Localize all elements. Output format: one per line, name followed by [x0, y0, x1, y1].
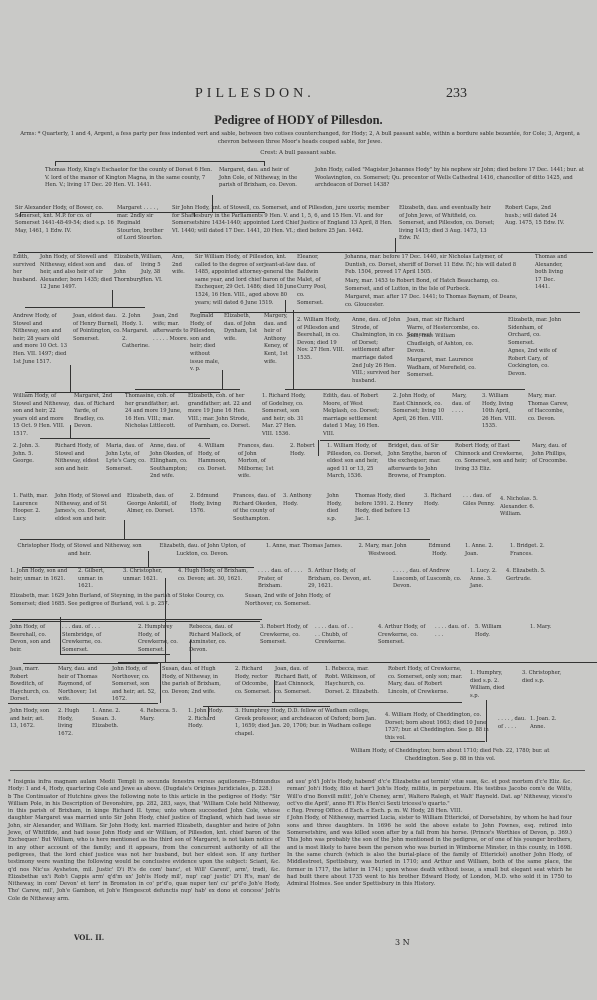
person-thomasine: Thomasine, coh. of her grandfather; æt. … [125, 393, 185, 431]
person-susan-hugh-hody: Susan, dau. of Hugh Hody, of Nitheway, i… [162, 666, 227, 696]
person-anne-okeden: Anne, dau. of John Okeden, of Ellingham,… [150, 443, 195, 481]
person-edith-moore: Edith, dau. of Robert Moore, of West Mel… [323, 393, 381, 439]
footnotes-left-column: * Insignia infra magnam aulam Medii Temp… [8, 779, 280, 903]
person-arthur-hody-crewkerne: 4. Arthur Hody, of Crewkerne, co. Somers… [378, 624, 428, 647]
person-john-hody-northover: John Hody, of Northover, co. Somerset, s… [112, 666, 157, 704]
person-faith-lucy: 1. Faith, mar. Laurence Hooper. 2. Lucy. [13, 493, 48, 523]
person-sir-william-hody: Sir William Hody, of Pillesdon, knt. cal… [195, 254, 297, 307]
person-thomas-alexander: Thomas and Alexander, both living 17 Dec… [535, 254, 567, 292]
person-elizabeth-thornbury: Elizabeth, dau. of John Thornbury. [114, 254, 140, 284]
person-margery-keney: Margery, dau. and heir of Anthony Keney,… [264, 313, 294, 366]
person-lucy-anne-jane: 1. Lucy. 2. Anne. 3. Jane. [470, 568, 500, 591]
person-bridget-smythe: Bridget, dau. of Sir John Smythe, baron … [388, 443, 448, 481]
person-mary-westwood: 2. Mary, mar. John Westwood. [345, 543, 420, 558]
person-thomas-henry-hody: Thomas Hody, died before 1591. 2. Henry … [355, 493, 417, 523]
arms-description: Arms: * Quarterly, 1 and 4, Argent, a fe… [20, 131, 580, 146]
person-rebecca-mary: 4. Rebecca. 5. Mary. [140, 708, 180, 723]
person-sir-alexander-hody: Sir Alexander Hody, of Bower, co. Somers… [15, 205, 115, 235]
person-john-hody-1672: John Hody, son and heir; æt. 13, 1672. [10, 708, 52, 731]
person-anne-joan: 1. Anne. 2. Joan. [465, 543, 495, 558]
person-john-margaret-catherine: 2. John Hody. 1. Margaret. 2. Catherine. [122, 313, 150, 351]
person-william-hody-5: 5. William Hody. [475, 624, 513, 639]
person-william-hody-living-1535: 3. William Hody, living 10th April, 26 H… [482, 393, 518, 431]
person-robert-hody-3: 3. Robert Hody, of Crewkerne, co. Somers… [260, 624, 310, 647]
person-frances-morton: Frances, dau. of John Morton, of Milborn… [238, 443, 278, 481]
person-john-richard-hody: 1. John Hody. 2. Richard Hody. [188, 708, 226, 731]
person-ann-2nd-wife: Ann, 2nd wife. [172, 254, 190, 277]
person-john-hody-stowell: John Hody, of Stowell and Nitheway, elde… [40, 254, 112, 292]
person-margaret-baynam: Margaret, mar. after 17 Dec. 1441; to Th… [345, 294, 523, 309]
person-mary-raymond: Mary, dau. and heir of Thomas Raymond, o… [58, 666, 106, 704]
person-hugh-hody-1672: 2. Hugh Hody, living 1672. [58, 708, 88, 738]
person-christopher-3: 3. Christopher, unmar. 1621. [123, 568, 168, 583]
person-christopher-hody: Christopher Hody, of Stowel and Nitheway… [12, 543, 147, 558]
person-edith: Edith, survived her husband. [13, 254, 37, 284]
person-rebecca-mallock: Rebecca, dau. of Richard Mallock, of Axm… [189, 624, 241, 654]
person-mary-bond: Mary, mar. 1453 to Robert Bond, of Hatch… [345, 278, 523, 293]
person-nicholas-alexander-william: 4. Nicholas. 5. Alexander. 6. William. [500, 496, 555, 519]
person-elizabeth-anketill: Elizabeth, dau. of George Anketill, of A… [127, 493, 185, 516]
person-mary-1: 1. Mary. [530, 624, 560, 632]
person-mary-phillips: Mary, dau. of John Phillips, of Crocombe… [532, 443, 570, 466]
person-anne-strode: Anne, dau. of John Strode, of Chalmingto… [352, 317, 404, 385]
person-john-john-george: 2. John. 3. John. 5. George. [13, 443, 48, 466]
person-joan-chudleigh: Joan, mar. William Chudleigh, of Ashton,… [407, 333, 482, 356]
person-richard-hody-3: 3. Richard Hody. [424, 493, 462, 508]
person-margaret-wadham: Margaret, mar. Laurence Wadham, of Meref… [407, 357, 482, 380]
person-john-hody-beerehall: John Hody, of Beerehall, co. Devon, son … [10, 624, 58, 654]
footnotes-right-column: ad usu' p'd'i Joh'is Hody, habend' d'c'e… [287, 779, 572, 888]
page-number: 233 [446, 86, 467, 102]
person-rebecca-wilkinson: 1. Rebecca, mar. Robt. Wilkinson, of Hay… [325, 666, 380, 696]
person-edmund-hody-2: Edmund Hody. [422, 543, 457, 558]
footnote-divider [10, 770, 585, 771]
person-robert-hody-crewkerne: Robert Hody, of Crewkerne, co. Somerset,… [388, 666, 463, 696]
person-gilbert: 2. Gilbert, unmar. in 1621. [78, 568, 118, 591]
person-dau-giles-penny: . . . dau. of Giles Penny. [463, 493, 498, 508]
person-elizabeth-upton: Elizabeth, dau. of John Upton, of Luckto… [150, 543, 255, 558]
pedigree-title: Pedigree of HODY of Pillesdon. [0, 113, 597, 128]
person-dau-of-2: . . . . , dau. of . . . . [498, 716, 528, 731]
person-andrew-hody: Andrew Hody, of Stowel and Nitheway, son… [13, 313, 70, 366]
person-christopher-sp: 3. Christopher, died s.p. [522, 670, 562, 685]
person-maria-lyte: Maria, dau. of John Lyte, of Lyte's Cary… [106, 443, 146, 473]
person-frances-okeden: Frances, dau. of Richard Okeden, of the … [233, 493, 278, 523]
person-joan-moore: Joan, 2nd wife; mar. afterwards to . . .… [153, 313, 189, 343]
person-susan-northover: Susan, 2nd wife of John Hody, of Northov… [245, 593, 355, 608]
person-richard-hody-stowel: Richard Hody, of Stowel and Nitheway, el… [55, 443, 100, 473]
person-richard-hody-godelney: 1. Richard Hody, of Godelney, co. Somers… [262, 393, 307, 439]
person-joan-anne: 1. Joan. 2. Anne. [530, 716, 565, 731]
person-edmund-hody: 2. Edmund Hody, living 1576. [190, 493, 227, 516]
person-arthur-hody-brixham: 5. Arthur Hody, of Brixham, co. Devon, æ… [308, 568, 380, 591]
person-john-hody-1621: 1. John Hody, son and heir; unmar. in 16… [10, 568, 70, 583]
person-hugh-hody: 4. Hugh Hody, of Brixham, co. Devon; æt.… [178, 568, 254, 583]
person-dau-of: . . . . dau. of . . . . [435, 624, 470, 639]
person-elizabeth-strode: Elizabeth, coh. of her grandfather; æt. … [188, 393, 253, 431]
printer-signature: 3 N [395, 938, 410, 947]
person-anne-james: 1. Anne, mar. Thomas James. [265, 543, 343, 551]
crest-description: Crest: A bull passant sable. [0, 150, 597, 156]
person-john-hody-east-chinnock: 2. John Hody, of East Chinnock, co. Some… [393, 393, 445, 423]
person-dau-luscomb: . . . . , dau. of Andrew Luscomb, of Lus… [393, 568, 463, 591]
person-reginald-hody: Reginald Hody, of Pillesdon, son and hei… [190, 313, 220, 374]
person-robert-capps: Robert Caps, 2nd husb.; will dated 24 Au… [505, 205, 565, 228]
person-mary-dau-of: Mary, dau. of . . . . [452, 393, 472, 416]
person-anthony-hody: 3. Anthony Hody. [283, 493, 313, 508]
person-sir-john-hody: Sir John Hody, knt. of Stowell, co. Some… [172, 205, 397, 235]
person-elizabeth-jewe: Elizabeth, dau. and eventually heir of J… [399, 205, 497, 243]
person-humphrey-hody: 2. Humphrey Hody, of Crewkerne, co. Some… [138, 624, 183, 654]
person-joan-batt: Joan, dau. of Richard Batt, of East Chin… [275, 666, 320, 696]
person-william-hody-pillesdon: 1. William Hody, of Pillesdon, co. Dorse… [327, 443, 385, 481]
person-richard-hody-rector: 2. Richard Hody, rector of Odcombe, co. … [235, 666, 273, 696]
person-dau-prater: . . . . dau. of . . . . Prater, of Brixh… [258, 568, 303, 591]
person-william-hody-cheddington: 4. William Hody, of Cheddington, co. Dor… [385, 712, 493, 742]
person-dau-stembridge: . . . dau. of . . . Stembridge, of Crewk… [62, 624, 112, 654]
person-robert-hody-east-chinnock: Robert Hody, of East Chinnock and Crewke… [455, 443, 527, 473]
person-elizabeth-burland: Elizabeth, mar. 1629 John Burland, of St… [10, 593, 240, 608]
person-eleanor-malet: Eleanor, dau. of Baldwin Malet, of Curry… [297, 254, 329, 307]
person-dau-chubb: . . . . dau. of . . . . Chubb, of Crewke… [315, 624, 355, 647]
person-humphry-william: 1. Humphry, died s.p. 2. William, died s… [470, 670, 515, 700]
person-william-hody-1780: William Hody, of Cheddington; born about… [345, 748, 555, 763]
person-william-hody-stowel: William Hody, of Stowel and Nitheway, so… [13, 393, 71, 439]
person-elizabeth-dynham: Elizabeth, dau. of John Dynham, 1st wife… [224, 313, 262, 343]
person-anne-susan-elizabeth: 1. Anne. 2. Susan. 3. Elizabeth. [92, 708, 137, 731]
person-john-hody-st-james: John Hody, of Stowel and Nitheway, and o… [55, 493, 123, 523]
person-william-hody-beerehall: 2. William Hody, of Pillesdon and Beereh… [297, 317, 345, 363]
volume-label: VOL. II. [74, 933, 104, 942]
person-robert-hody: 2. Robert Hody. [290, 443, 315, 458]
person-margaret-cole: Margaret, dau. and heir of John Cole, of… [219, 167, 299, 190]
person-elizabeth-gertrude: 4. Elizabeth. 5. Gertrude. [506, 568, 551, 583]
person-margaret-yarde: Margaret, 2nd dau. of Richard Yarde, of … [74, 393, 120, 431]
person-bridget-frances: 1. Bridget. 2. Frances. [510, 543, 555, 558]
person-agnes-cary: Agnes, 2nd wife of Robert Cary, of Cocki… [508, 348, 563, 378]
person-thomas-hody: Thomas Hody, King's Eschaetor for the co… [45, 167, 215, 190]
person-humphrey-hody-dd: 3. Humphrey Hody, D.D. fellow of Wadham … [235, 708, 380, 738]
person-johanna: Johanna, mar. before 17 Dec. 1440, sir N… [345, 254, 523, 277]
person-william-living: William, living 5 July, 38 Hen. VI. [141, 254, 169, 284]
running-title: PILLESDON. [195, 86, 315, 102]
person-william-hody-hammoon: 4. William Hody, of Hammoon, co. Dorset. [198, 443, 233, 473]
person-joan-burnell: Joan, eldest dau. of Henry Burnell, of P… [73, 313, 121, 343]
person-margaret-stourton: Margaret . . . . , mar. 2ndly sir Regina… [117, 205, 165, 243]
person-joan-bowditch: Joan, marr. Robert Bowditch, of Haychurc… [10, 666, 52, 704]
person-john-hody-magister: John Hody, called "Magister Johannes Hod… [315, 167, 585, 190]
person-john-hody-sp: John Hody, died s.p. [327, 493, 349, 523]
person-elizabeth-sidenham: Elizabeth, mar. John Sidenham, of Orchar… [508, 317, 563, 347]
person-mary-carew: Mary, mar. Thomas Carew, of Haccombe, co… [528, 393, 570, 423]
